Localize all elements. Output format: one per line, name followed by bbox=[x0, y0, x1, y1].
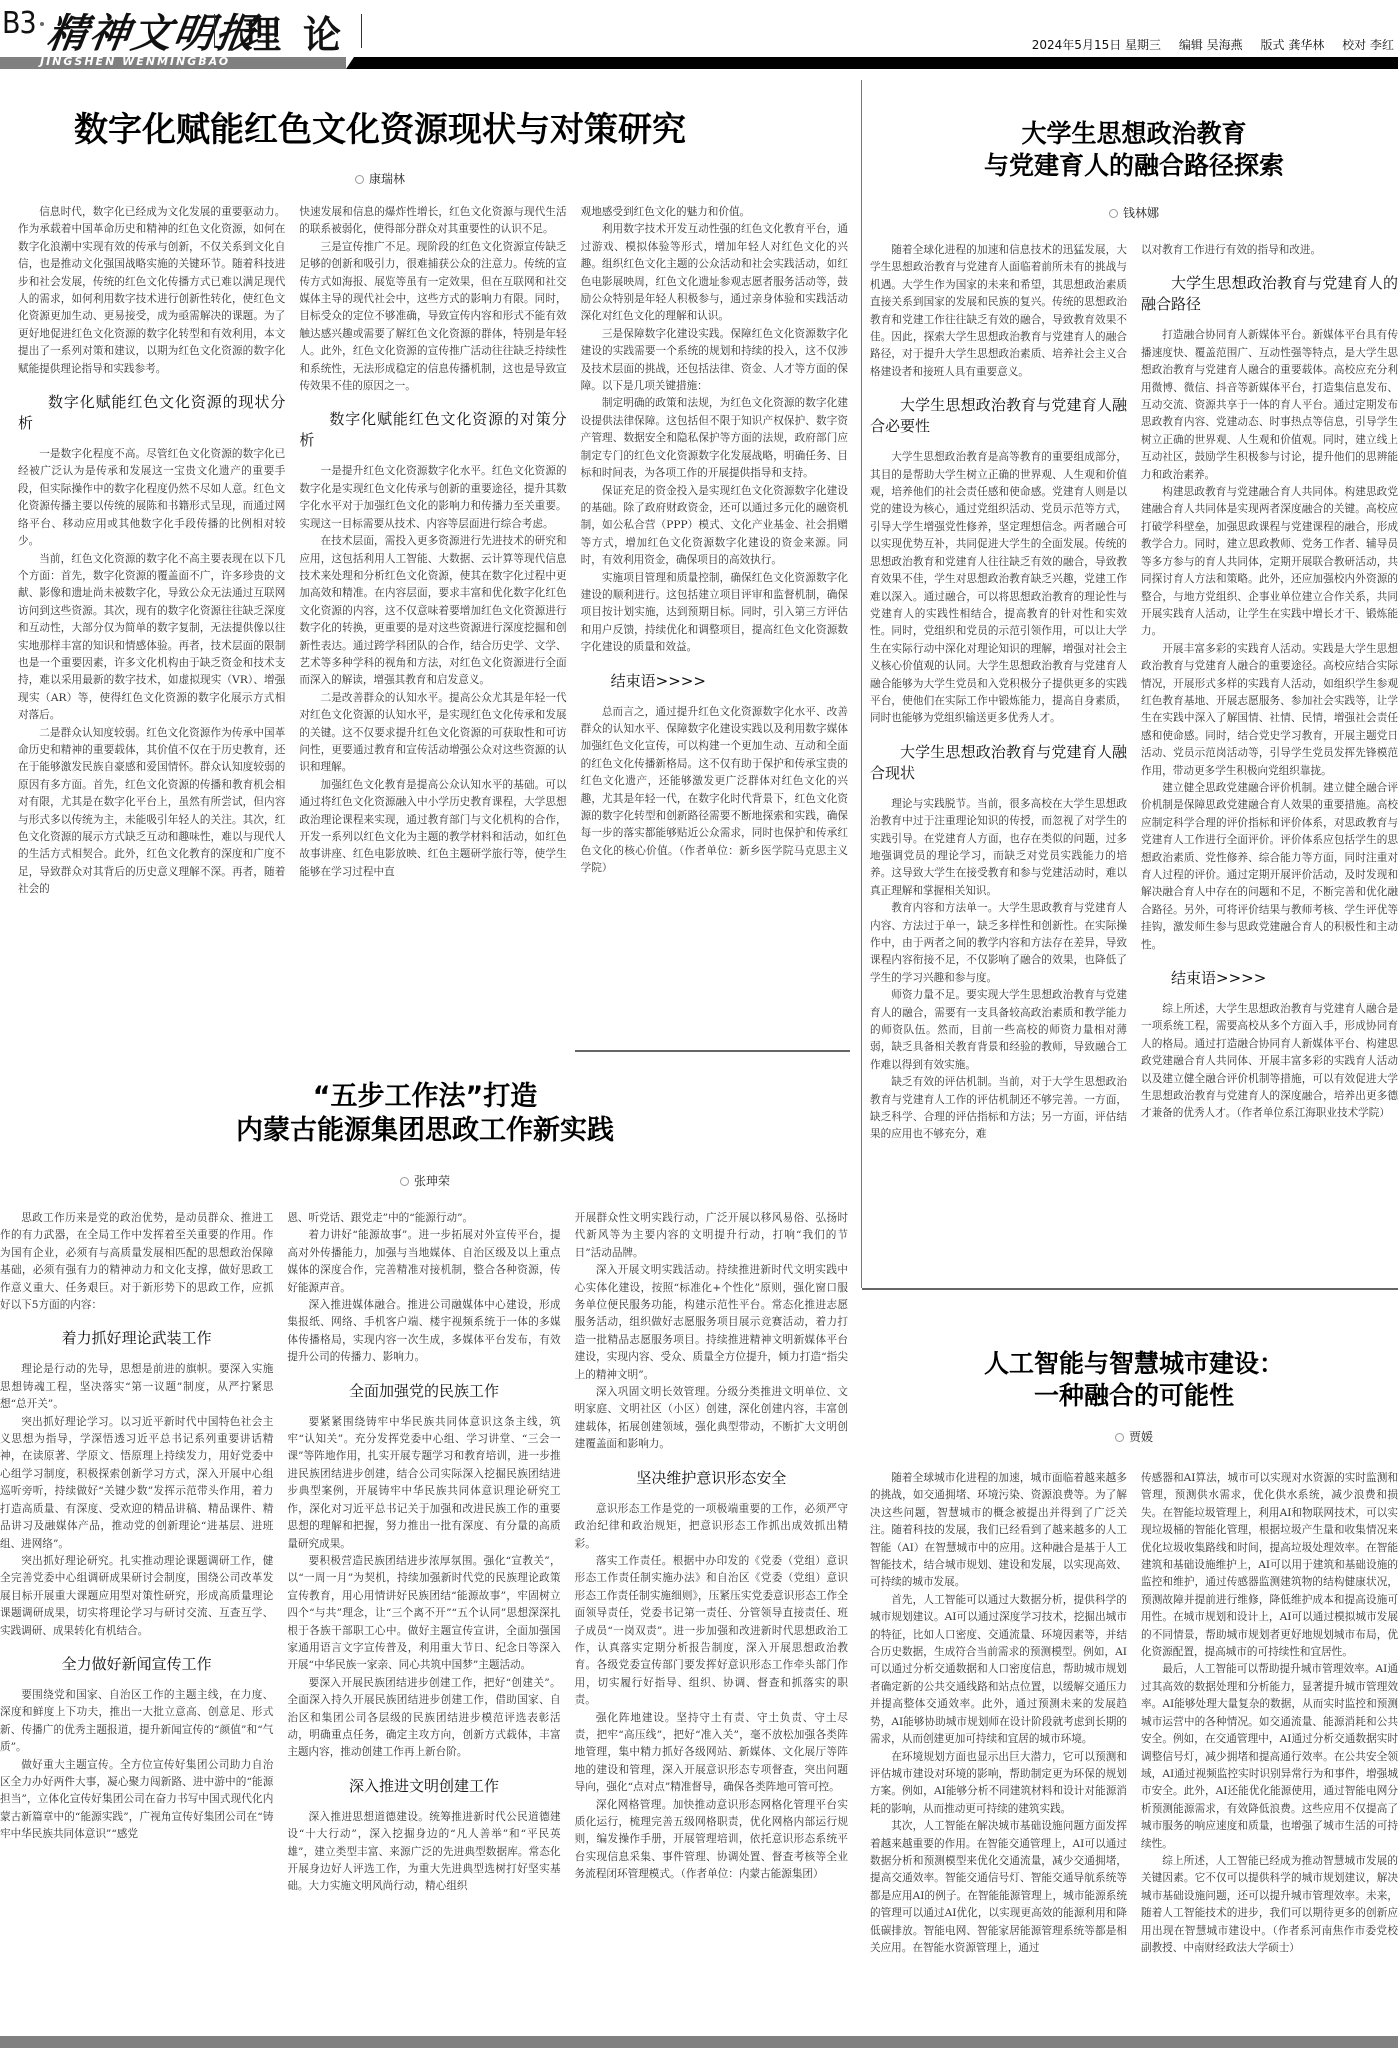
byline-ring-icon bbox=[400, 1177, 409, 1186]
section-divider bbox=[862, 1288, 1398, 1290]
headline-line-2: 一种融合的可能性 bbox=[1034, 1381, 1234, 1410]
text-column: 随着全球化进程的加速和信息技术的迅猛发展，大学生思想政治教育与党建育人面临着前所… bbox=[870, 242, 1127, 1272]
paragraph: 落实工作责任。根据中办印发的《党委（党组）意识形态工作责任制实施办法》和自治区《… bbox=[575, 1553, 848, 1710]
text-column: 随着全球城市化进程的加速，城市面临着越来越多的挑战，如交通拥堵、环境污染、资源浪… bbox=[870, 1470, 1127, 1990]
paragraph: 大学生思想政治教育是高等教育的重要组成部分，其目的是帮助大学生树立正确的世界观、… bbox=[870, 449, 1127, 728]
paragraph: 师资力量不足。要实现大学生思想政治教育与党建育人的融合，需要有一支具备较高政治素… bbox=[870, 987, 1127, 1074]
text-column: 观地感受到红色文化的魅力和价值。利用数字技术开发互动性强的红色文化教育平台，通过… bbox=[581, 204, 848, 974]
paragraph: 首先，人工智能可以通过大数据分析，提供科学的城市规划建议。AI可以通过深度学习技… bbox=[870, 1592, 1127, 1749]
section-heading: 全力做好新闻宣传工作 bbox=[0, 1654, 273, 1675]
section-heading: 大学生思想政治教育与党建育人融合现状 bbox=[870, 742, 1127, 784]
paragraph: 缺乏有效的评估机制。当前，对于大学生思想政治教育与党建育人工作的评估机制还不够完… bbox=[870, 1074, 1127, 1144]
column-rule bbox=[861, 80, 862, 1288]
paragraph: 突出抓好理论研究。扎实推动理论课题调研工作，健全完善党委中心组调研成果研讨会制度… bbox=[0, 1553, 273, 1640]
article-headline: 数字化赋能红色文化资源现状与对策研究 bbox=[0, 110, 760, 151]
paragraph: 构建思政教育与党建融合育人共同体。构建思政党建融合育人共同体是实现两者深度融合的… bbox=[1141, 484, 1398, 641]
paragraph: 最后，人工智能可以帮助提升城市管理效率。AI通过其高效的数据处理和分析能力，显著… bbox=[1141, 1661, 1398, 1852]
paragraph: 开展群众性文明实践行动，广泛开展以移风易俗、弘扬时代新风等为主要内容的文明提升行… bbox=[575, 1210, 848, 1262]
paragraph: 综上所述，大学生思想政治教育与党建育人融合是一项系统工程，需要高校从多个方面入手… bbox=[1141, 1001, 1398, 1123]
paragraph: 恩、听党话、跟党走”中的“能源行动”。 bbox=[287, 1210, 560, 1227]
paragraph: 在技术层面，需投入更多资源进行先进技术的研究和应用，这包括利用人工智能、大数据、… bbox=[299, 533, 566, 690]
headline-line-1: 人工智能与智慧城市建设： bbox=[984, 1349, 1284, 1378]
article-byline: 贾媛 bbox=[870, 1428, 1398, 1445]
paragraph: 突出抓好理论学习。以习近平新时代中国特色社会主义思想为指导，学深悟透习近平总书记… bbox=[0, 1414, 273, 1553]
editor-credit: 编辑 吴海燕 bbox=[1179, 38, 1243, 52]
paragraph: 要积极营造民族团结进步浓厚氛围。强化“宣教关”，以“一周一月”为契机，持续加强新… bbox=[287, 1553, 560, 1675]
paragraph: 深入推进思想道德建设。统筹推进新时代公民道德建设“十大行动”，深入挖掘身边的“凡… bbox=[287, 1809, 560, 1896]
paragraph: 传感器和AI算法，城市可以实现对水资源的实时监测和管理，预测供水需求，优化供水系… bbox=[1141, 1470, 1398, 1661]
text-column: 思政工作历来是党的政治优势，是动员群众、推进工作的有力武器，在全局工作中发挥着至… bbox=[0, 1210, 273, 2046]
paragraph: 着力讲好“能源故事”。进一步拓展对外宣传平台，提高对外传播能力，加强与当地媒体、… bbox=[287, 1227, 560, 1297]
section-heading: 坚决维护意识形态安全 bbox=[575, 1468, 848, 1489]
text-column: 恩、听党话、跟党走”中的“能源行动”。着力讲好“能源故事”。进一步拓展对外宣传平… bbox=[287, 1210, 560, 2046]
paragraph: 实施项目管理和质量控制，确保红色文化资源数字化建设的顺利进行。这包括建立项目评审… bbox=[581, 570, 848, 657]
author-name: 贾媛 bbox=[1129, 1430, 1153, 1444]
brand-pinyin: JINGSHEN WENMINGBAO bbox=[40, 55, 230, 68]
article-headline: “五步工作法”打造 内蒙古能源集团思政工作新实践 bbox=[0, 1080, 850, 1148]
byline-ring-icon bbox=[1115, 1433, 1124, 1442]
article-byline: 康瑞林 bbox=[0, 170, 760, 187]
section-title: 理论 bbox=[243, 4, 363, 59]
author-name: 康瑞林 bbox=[369, 172, 405, 186]
section-divider bbox=[575, 1050, 850, 1052]
paragraph: 深入开展文明实践活动。持续推进新时代文明实践中心实体化建设，按照“标准化+个性化… bbox=[575, 1262, 848, 1384]
section-heading: 大学生思想政治教育与党建育人的融合路径 bbox=[1141, 273, 1398, 315]
newspaper-logo: 精神文明报 bbox=[44, 2, 262, 59]
paragraph: 快速发展和信息的爆炸性增长，红色文化资源与现代生活的联系被弱化，使得部分群众对其… bbox=[299, 204, 566, 239]
paragraph: 随着全球化进程的加速和信息技术的迅猛发展，大学生思想政治教育与党建育人面临着前所… bbox=[870, 242, 1127, 381]
paragraph: 当前，红色文化资源的数字化不高主要表现在以下几个方面：首先，数字化资源的覆盖面不… bbox=[18, 551, 285, 725]
paragraph: 以对教育工作进行有效的指导和改进。 bbox=[1141, 242, 1398, 259]
paragraph: 意识形态工作是党的一项极端重要的工作，必须严守政治纪律和政治规矩，把意识形态工作… bbox=[575, 1501, 848, 1553]
masthead: B3 精神文明报 理论 2024年5月15日 星期三 编辑 吴海燕 版式 龚华林… bbox=[0, 0, 1398, 70]
paragraph: 在环境规划方面也显示出巨大潜力，它可以预测和评估城市建设对环境的影响，帮助制定更… bbox=[870, 1749, 1127, 1819]
byline-ring-icon bbox=[355, 175, 364, 184]
paragraph: 深入推进媒体融合。推进公司融媒体中心建设，形成集报纸、网络、手机客户端、楼宇视频… bbox=[287, 1297, 560, 1367]
paragraph: 强化阵地建设。坚持守土有责、守土负责、守土尽责，把牢“高压线”，把好“准入关”，… bbox=[575, 1710, 848, 1797]
text-column: 以对教育工作进行有效的指导和改进。大学生思想政治教育与党建育人的融合路径打造融合… bbox=[1141, 242, 1398, 1272]
headline-line-1: “五步工作法”打造 bbox=[313, 1081, 538, 1112]
paragraph: 思政工作历来是党的政治优势，是动员群众、推进工作的有力武器，在全局工作中发挥着至… bbox=[0, 1210, 273, 1314]
text-column: 开展群众性文明实践行动，广泛开展以移风易俗、弘扬时代新风等为主要内容的文明提升行… bbox=[575, 1210, 848, 2046]
paragraph: 随着全球城市化进程的加速，城市面临着越来越多的挑战，如交通拥堵、环境污染、资源浪… bbox=[870, 1470, 1127, 1592]
section-heading: 着力抓好理论武装工作 bbox=[0, 1328, 273, 1349]
byline-ring-icon bbox=[1109, 209, 1118, 218]
layout-credit: 版式 龚华林 bbox=[1261, 38, 1325, 52]
divider bbox=[214, 14, 215, 48]
article-headline: 大学生思想政治教育 与党建育人的融合路径探索 bbox=[870, 118, 1398, 182]
article-body: 思政工作历来是党的政治优势，是动员群众、推进工作的有力武器，在全局工作中发挥着至… bbox=[0, 1210, 848, 2046]
conclusion-heading: 结束语>>>> bbox=[581, 671, 848, 692]
section-heading: 大学生思想政治教育与党建育人融合必要性 bbox=[870, 395, 1127, 437]
divider bbox=[361, 14, 362, 48]
section-heading: 深入推进文明创建工作 bbox=[287, 1776, 560, 1797]
text-column: 传感器和AI算法，城市可以实现对水资源的实时监测和管理，预测供水需求，优化供水系… bbox=[1141, 1470, 1398, 1990]
paragraph: 深入巩固文明长效管理。分级分类推进文明单位、文明家庭、文明社区（小区）创建，深化… bbox=[575, 1384, 848, 1454]
article-inner-mongolia-energy: “五步工作法”打造 内蒙古能源集团思政工作新实践 张珅荣 思政工作历来是党的政治… bbox=[0, 1080, 848, 1980]
paragraph: 利用数字技术开发互动性强的红色文化教育平台，通过游戏、模拟体验等形式，增加年轻人… bbox=[581, 221, 848, 325]
proofreader-credit: 校对 李红 bbox=[1342, 38, 1394, 52]
article-ai-smart-city: 人工智能与智慧城市建设： 一种融合的可能性 贾媛 随着全球城市化进程的加速，城市… bbox=[870, 1300, 1398, 2000]
paragraph: 一是提升红色文化资源数字化水平。红色文化资源的数字化是实现红色文化传承与创新的重… bbox=[299, 463, 566, 533]
paragraph: 要围绕党和国家、自治区工作的主题主线，在力度、深度和鲜度上下功夫，推出一大批立意… bbox=[0, 1687, 273, 1757]
issue-meta: 2024年5月15日 星期三 编辑 吴海燕 版式 龚华林 校对 李红 bbox=[1032, 36, 1394, 53]
headline-line-2: 内蒙古能源集团思政工作新实践 bbox=[236, 1115, 614, 1146]
paragraph: 信息时代，数字化已经成为文化发展的重要驱动力。作为承载着中国革命历史和精神的红色… bbox=[18, 204, 285, 378]
article-party-building: 大学生思想政治教育 与党建育人的融合路径探索 钱林娜 随着全球化进程的加速和信息… bbox=[870, 78, 1398, 1278]
paragraph: 教育内容和方法单一。大学生思政教育与党建育人内容、方法过于单一，缺乏多样性和创新… bbox=[870, 900, 1127, 987]
paragraph: 二是改善群众的认知水平。提高公众尤其是年轻一代对红色文化资源的认知水平，是实现红… bbox=[299, 690, 566, 777]
paragraph: 观地感受到红色文化的魅力和价值。 bbox=[581, 204, 848, 221]
paragraph: 二是群众认知度较弱。红色文化资源作为传承中国革命历史和精神的重要载体，其价值不仅… bbox=[18, 725, 285, 899]
issue-date: 2024年5月15日 星期三 bbox=[1032, 38, 1161, 52]
article-headline: 人工智能与智慧城市建设： 一种融合的可能性 bbox=[870, 1348, 1398, 1412]
paragraph: 保证充足的资金投入是实现红色文化资源数字化建设的基础。除了政府财政资金，还可以通… bbox=[581, 483, 848, 570]
conclusion-heading: 结束语>>>> bbox=[1141, 968, 1398, 989]
text-column: 快速发展和信息的爆炸性增长，红色文化资源与现代生活的联系被弱化，使得部分群众对其… bbox=[299, 204, 566, 974]
bullet-dot-icon bbox=[40, 22, 44, 26]
article-byline: 张珅荣 bbox=[0, 1172, 850, 1189]
paragraph: 开展丰富多彩的实践育人活动。实践是大学生思想政治教育与党建育人融合的重要途径。高… bbox=[1141, 641, 1398, 780]
paragraph: 要紧紧围绕铸牢中华民族共同体意识这条主线，筑牢“认知关”。充分发挥党委中心组、学… bbox=[287, 1414, 560, 1553]
section-heading: 数字化赋能红色文化资源的对策分析 bbox=[299, 409, 566, 451]
paragraph: 建立健全思政党建融合评价机制。建立健全融合评价机制是保障思政党建融合育人效果的重… bbox=[1141, 780, 1398, 954]
paragraph: 制定明确的政策和法规，为红色文化资源的数字化建设提供法律保障。这包括但不限于知识… bbox=[581, 395, 848, 482]
page-number: B3 bbox=[2, 6, 36, 41]
article-body: 随着全球城市化进程的加速，城市面临着越来越多的挑战，如交通拥堵、环境污染、资源浪… bbox=[870, 1470, 1398, 1990]
footer-band bbox=[0, 2036, 1398, 2048]
paragraph: 加强红色文化教育是提高公众认知水平的基础。可以通过将红色文化资源融入中小学历史教… bbox=[299, 777, 566, 881]
paragraph: 深化网格管理。加快推动意识形态网格化管理平台实质化运行，梳理完善五级网格职责，优… bbox=[575, 1797, 848, 1884]
headline-line-2: 与党建育人的融合路径探索 bbox=[984, 151, 1284, 180]
paragraph: 总而言之，通过提升红色文化资源数字化水平、改善群众的认知水平、保障数字化建设实践… bbox=[581, 704, 848, 878]
paragraph: 一是数字化程度不高。尽管红色文化资源的数字化已经被广泛认为是传承和发展这一宝贵文… bbox=[18, 446, 285, 550]
article-body: 随着全球化进程的加速和信息技术的迅猛发展，大学生思想政治教育与党建育人面临着前所… bbox=[870, 242, 1398, 1272]
paragraph: 理论是行动的先导，思想是前进的旗帜。要深入实施思想铸魂工程，坚决落实“第一议题”… bbox=[0, 1361, 273, 1413]
author-name: 钱林娜 bbox=[1123, 206, 1159, 220]
article-byline: 钱林娜 bbox=[870, 204, 1398, 221]
author-name: 张珅荣 bbox=[414, 1174, 450, 1188]
paragraph: 要深入开展民族团结进步创建工作，把好“创建关”。全面深入持久开展民族团结进步创建… bbox=[287, 1675, 560, 1762]
paragraph: 综上所述，人工智能已经成为推动智慧城市发展的关键因素。它不仅可以提供科学的城市规… bbox=[1141, 1853, 1398, 1957]
paragraph: 理论与实践脱节。当前，很多高校在大学生思想政治教育中过于注重理论知识的传授，而忽… bbox=[870, 796, 1127, 900]
article-red-culture: 数字化赋能红色文化资源现状与对策研究 康瑞林 信息时代，数字化已经成为文化发展的… bbox=[0, 78, 848, 978]
section-heading: 全面加强党的民族工作 bbox=[287, 1381, 560, 1402]
paragraph: 其次，人工智能在解决城市基础设施问题方面发挥着越来越重要的作用。在智能交通管理上… bbox=[870, 1818, 1127, 1957]
headline-line-1: 大学生思想政治教育 bbox=[1021, 119, 1246, 148]
header-band bbox=[346, 57, 1398, 69]
paragraph: 打造融合协同育人新媒体平台。新媒体平台具有传播速度快、覆盖范围广、互动性强等特点… bbox=[1141, 327, 1398, 484]
paragraph: 做好重大主题宣传。全方位宣传好集团公司助力自治区全力办好两件大事，凝心聚力闯新路… bbox=[0, 1757, 273, 1844]
section-heading: 数字化赋能红色文化资源的现状分析 bbox=[18, 392, 285, 434]
article-body: 信息时代，数字化已经成为文化发展的重要驱动力。作为承载着中国革命历史和精神的红色… bbox=[18, 204, 848, 974]
paragraph: 三是保障数字化建设实践。保障红色文化资源数字化建设的实践需要一个系统的规划和持续… bbox=[581, 326, 848, 396]
text-column: 信息时代，数字化已经成为文化发展的重要驱动力。作为承载着中国革命历史和精神的红色… bbox=[18, 204, 285, 974]
paragraph: 三是宣传推广不足。现阶段的红色文化资源宣传缺乏足够的创新和吸引力，很难捕获公众的… bbox=[299, 239, 566, 396]
